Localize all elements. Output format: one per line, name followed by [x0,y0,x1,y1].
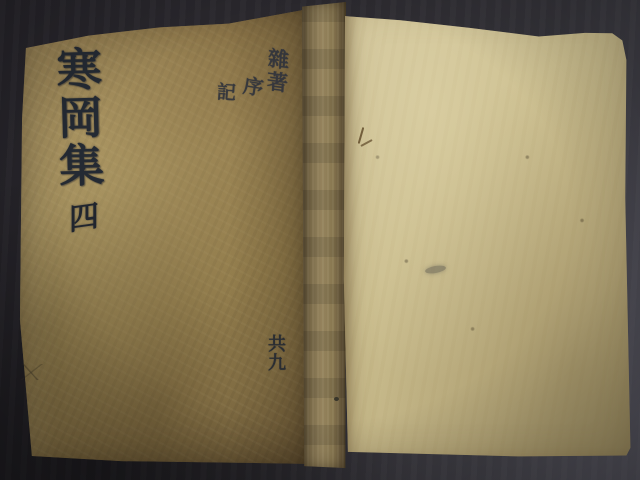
volume-count-calligraphy: 共九 [262,334,288,372]
volume-number-calligraphy: 四 [58,199,102,235]
open-blank-page [343,8,631,460]
cover-scratch-mark [19,364,43,380]
cover-annotation-prefaces: 序 [237,74,269,98]
book-photo-scene: 寒岡集 四 雜著 序 記 共九 [0,0,640,480]
page-ink-dot [334,397,339,401]
cover-annotation-records: 記 [211,81,239,102]
book-spine [302,2,346,468]
cover-title-calligraphy: 寒岡集 [52,45,101,190]
